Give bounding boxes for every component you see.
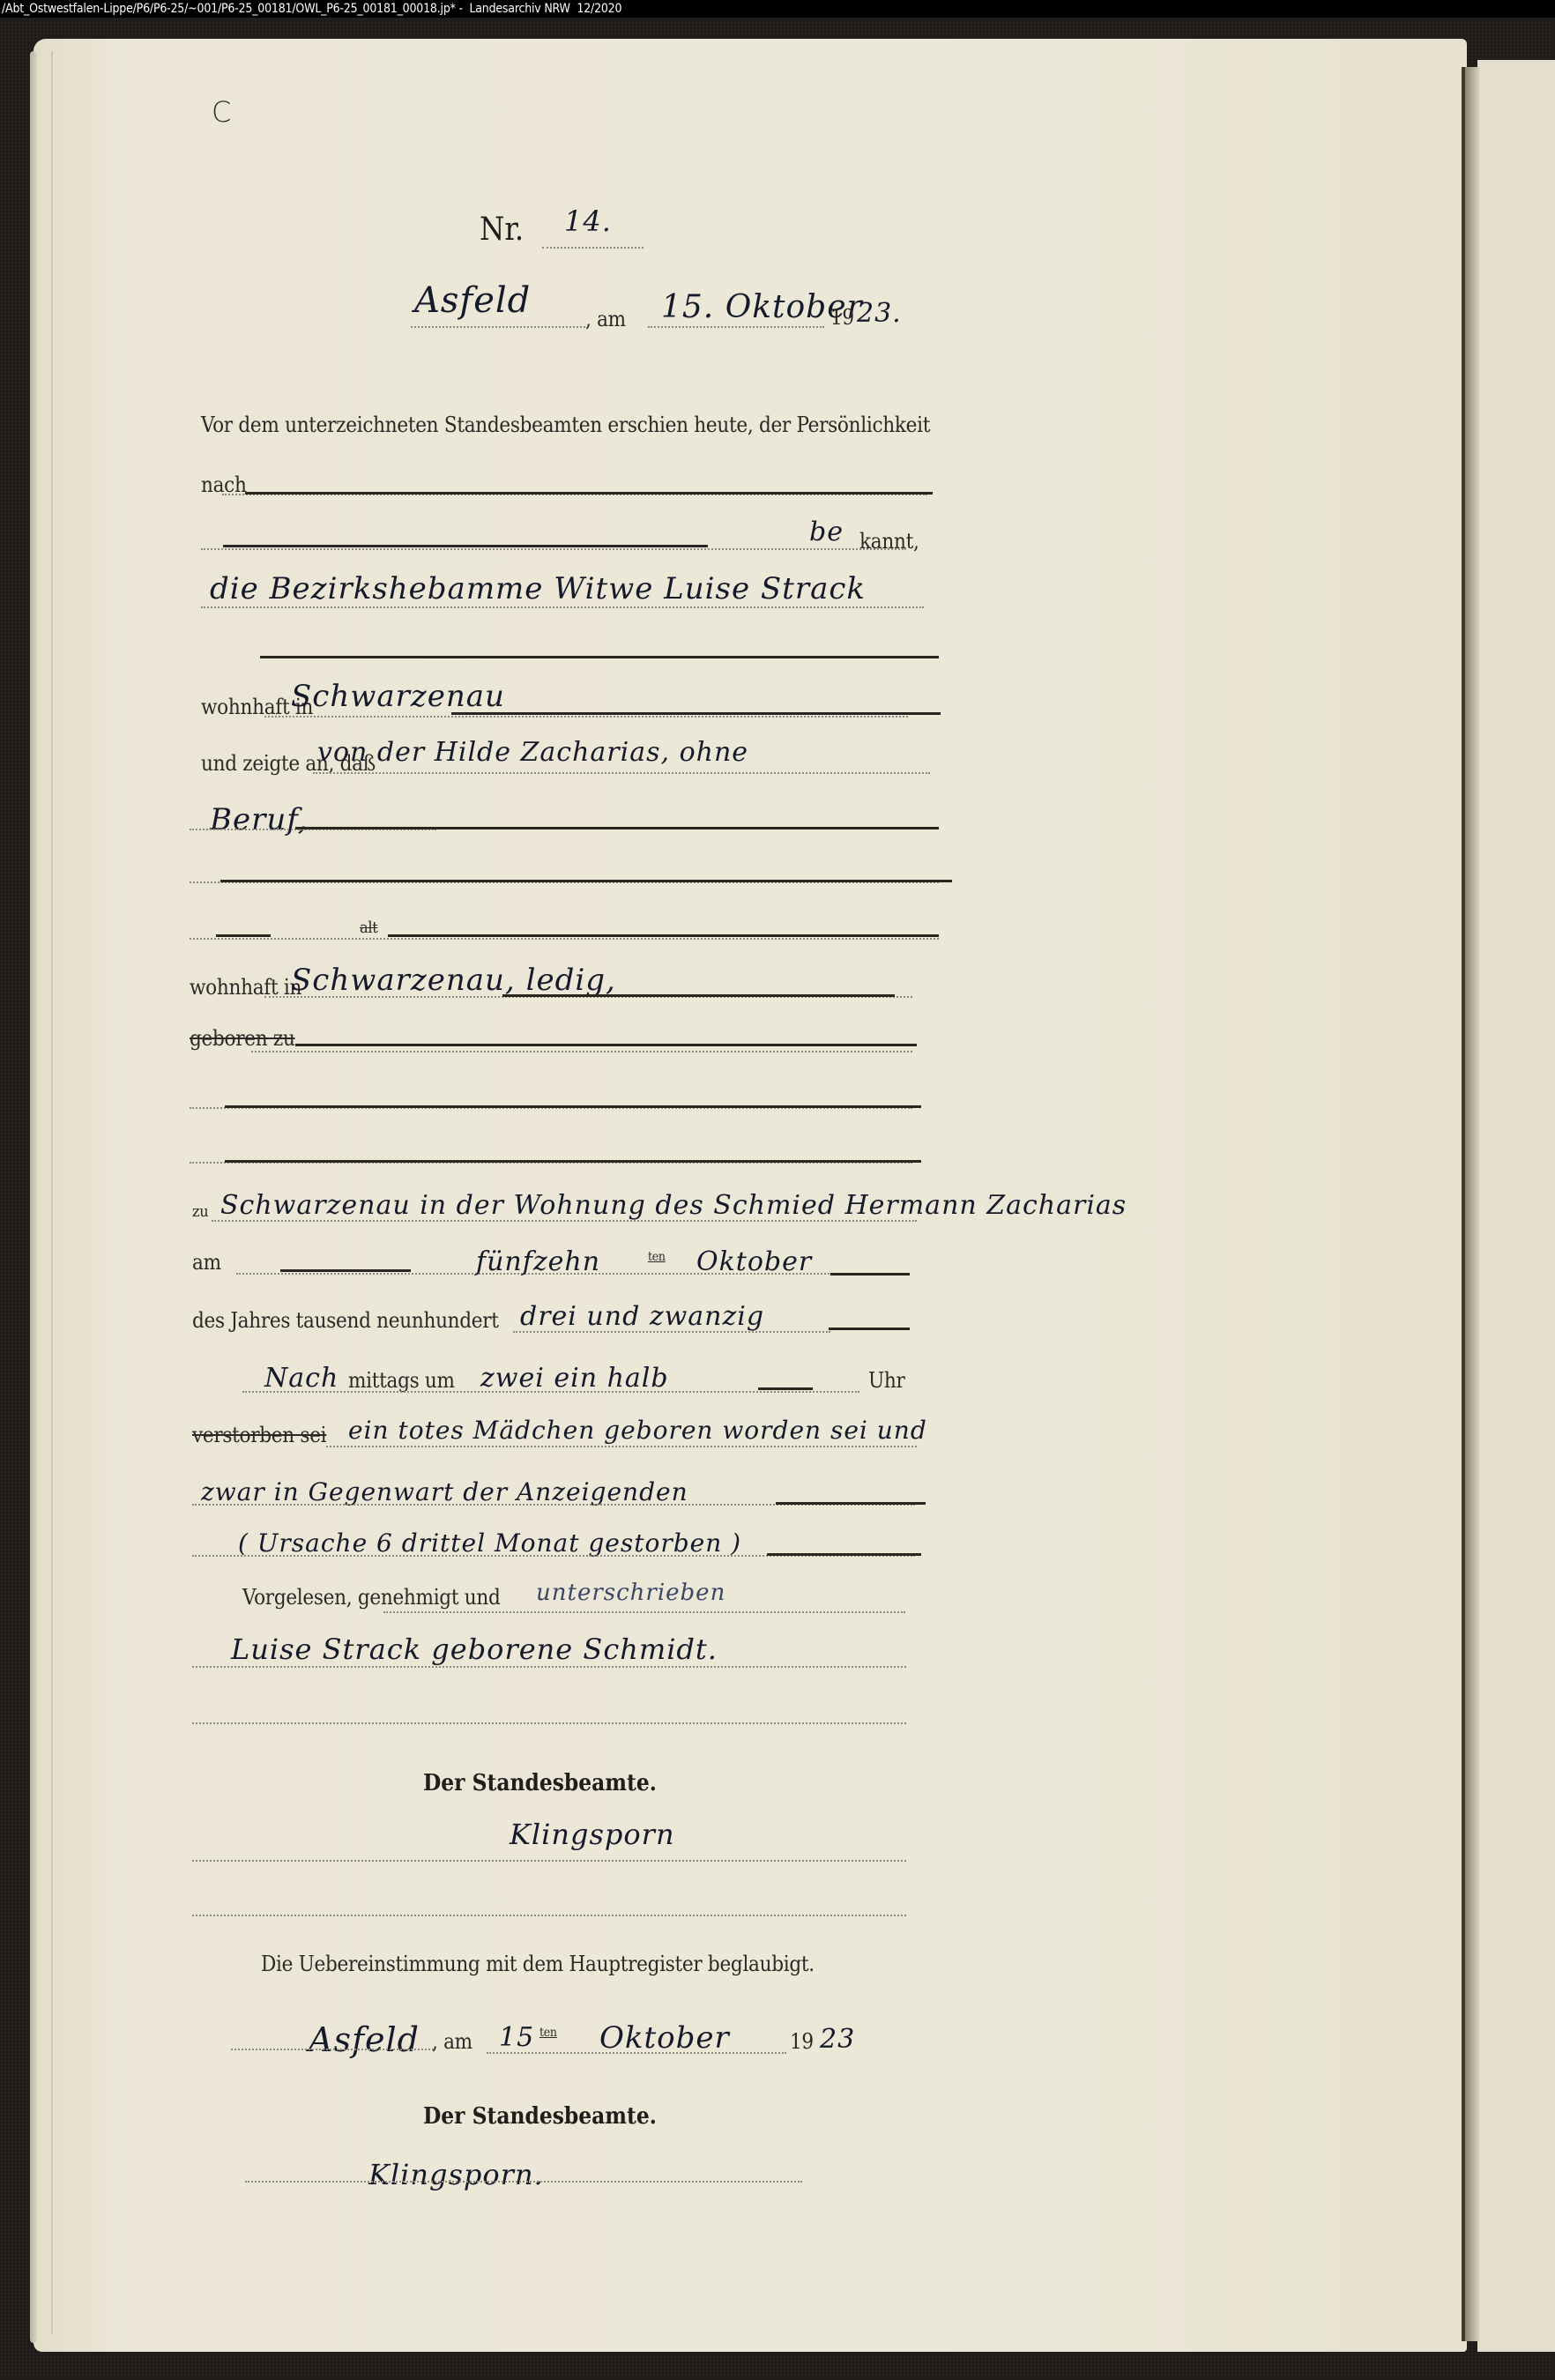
nach-value: Nach [264, 1363, 339, 1394]
vorgelesen-label: Vorgelesen, genehmigt und [242, 1585, 501, 1610]
remark-line-1: ein totes Mädchen geboren worden sei und [348, 1416, 927, 1445]
certification-date-dotted-line [487, 2052, 786, 2054]
official-signature-dotted-line [192, 1860, 906, 1862]
geboren-label: geboren zu [190, 1026, 295, 1051]
certification-am-label: , am [432, 2029, 472, 2054]
certification-official-title: Der Standesbeamte. [423, 2103, 657, 2130]
header-year-suffix: 23. [857, 298, 902, 329]
corner-mark: C [212, 95, 231, 129]
certification-month: Oktober [599, 2020, 730, 2056]
time-dotted-line [242, 1391, 859, 1393]
file-path-title: /Abt_Ostwestfalen-Lippe/P6/P6-25/~001/P6… [2, 2, 621, 16]
blank-dotted-line-5 [192, 1915, 906, 1916]
jahres-dotted-line [513, 1331, 830, 1333]
nr-dotted-line [542, 247, 644, 249]
book-binding [1462, 67, 1465, 2341]
verstorben-struck-text: verstorben sei [192, 1423, 326, 1447]
informant-name: die Bezirkshebamme Witwe Luise Strack [210, 571, 866, 606]
vorgelesen-dotted-line [383, 1611, 905, 1613]
certification-day: 15 [499, 2022, 534, 2053]
remark-strike-rule-2 [776, 1502, 926, 1505]
header-am-label: , am [585, 307, 626, 331]
certification-year-prefix: 19 [790, 2029, 814, 2054]
wohnhaft-value-2: Schwarzenau, ledig, [291, 963, 616, 998]
page-fold-line [51, 51, 53, 2334]
official-title: Der Standesbeamte. [423, 1770, 657, 1796]
geboren-dotted-line [251, 1051, 912, 1052]
blank-strike-rule-3 [225, 1160, 921, 1163]
certification-place-dotted-line [231, 2049, 434, 2050]
wohnhaft-strike-rule-2 [502, 994, 895, 997]
remark-line-2: zwar in Gegenwart der Anzeigenden [201, 1477, 688, 1506]
zu-dotted-line [212, 1220, 917, 1222]
bekannt-prefix: be [809, 517, 844, 547]
zu-value: Schwarzenau in der Wohnung des Schmied H… [220, 1190, 1127, 1221]
certification-place: Asfeld [309, 2020, 420, 2059]
jahres-strike-rule [829, 1328, 910, 1330]
header-place: Asfeld [414, 280, 531, 321]
zu-label: zu [192, 1202, 208, 1221]
month-value: Oktober [696, 1246, 812, 1277]
certification-text: Die Uebereinstimmung mit dem Hauptregist… [261, 1952, 815, 1976]
geboren-strike-rule [295, 1044, 917, 1046]
header-year-prefix: 19 [830, 305, 854, 330]
certification-signature: Klingsporn. [368, 2158, 544, 2191]
viewer-title-bar: /Abt_Ostwestfalen-Lippe/P6/P6-25/~001/P6… [0, 0, 1555, 18]
nach-strike-rule [245, 492, 933, 495]
ten-label: ten [648, 1250, 666, 1264]
time-value: zwei ein halb [480, 1363, 669, 1394]
alt-label: alt [360, 919, 377, 937]
page-stack-edge [30, 51, 37, 2343]
date-dotted-line [648, 326, 824, 328]
blank-strike-rule-2 [225, 1105, 921, 1108]
wohnhaft-dotted-line-1 [264, 716, 908, 718]
alt-strike-rule-left [216, 934, 271, 937]
blank-strike-rule-1 [220, 880, 952, 882]
binding-shadow [1465, 67, 1479, 2341]
remark-dotted-line-1 [326, 1446, 917, 1447]
beruf-strike-rule [295, 827, 939, 829]
blank-dotted-line-4 [192, 1722, 906, 1724]
informant-blank-rule [260, 656, 939, 658]
am-strike-rule [280, 1269, 411, 1272]
alt-strike-rule-right [388, 934, 939, 937]
time-strike-rule [758, 1387, 813, 1390]
bekannt-label: kannt, [859, 529, 919, 554]
nr-value: 14. [564, 205, 612, 238]
certification-ten-label: ten [539, 2026, 557, 2040]
jahres-label: des Jahres tausend neunhundert [192, 1308, 499, 1333]
certification-signature-dotted-line [245, 2181, 802, 2183]
bekannt-dotted-line [201, 548, 906, 550]
certification-year-suffix: 23 [820, 2024, 855, 2055]
zeigte-dotted-line [313, 772, 930, 774]
place-dotted-line [411, 326, 585, 328]
uhr-label: Uhr [868, 1368, 905, 1393]
informant-signature: Luise Strack geborene Schmidt. [231, 1633, 718, 1666]
remark-strike-rule-3 [767, 1553, 921, 1556]
wohnhaft-value-1: Schwarzenau [291, 679, 505, 714]
day-value: fünfzehn [476, 1246, 600, 1277]
jahres-value: drei und zwanzig [520, 1301, 764, 1332]
am-label: am [192, 1250, 221, 1275]
intro-text: Vor dem unterzeichneten Standesbeamten e… [201, 413, 930, 437]
remark-line-3: ( Ursache 6 drittel Monat gestorben ) [238, 1528, 741, 1558]
month-strike-rule [830, 1273, 910, 1276]
bekannt-strike-rule [223, 545, 708, 547]
nr-label: Nr. [480, 212, 524, 248]
beruf-value: Beruf, [210, 802, 308, 837]
wohnhaft-strike-rule-1 [451, 712, 941, 715]
zeigte-value: von der Hilde Zacharias, ohne [317, 737, 748, 768]
mittags-label: mittags um [348, 1368, 455, 1393]
alt-dotted-line [190, 938, 939, 940]
informant-signature-dotted-line [192, 1666, 906, 1668]
informant-dotted-line [201, 606, 924, 608]
official-signature: Klingsporn [510, 1818, 675, 1851]
vorgelesen-value: unterschrieben [536, 1580, 725, 1606]
adjacent-page [1477, 60, 1555, 2352]
verstorben-label: verstorben sei [192, 1423, 326, 1447]
